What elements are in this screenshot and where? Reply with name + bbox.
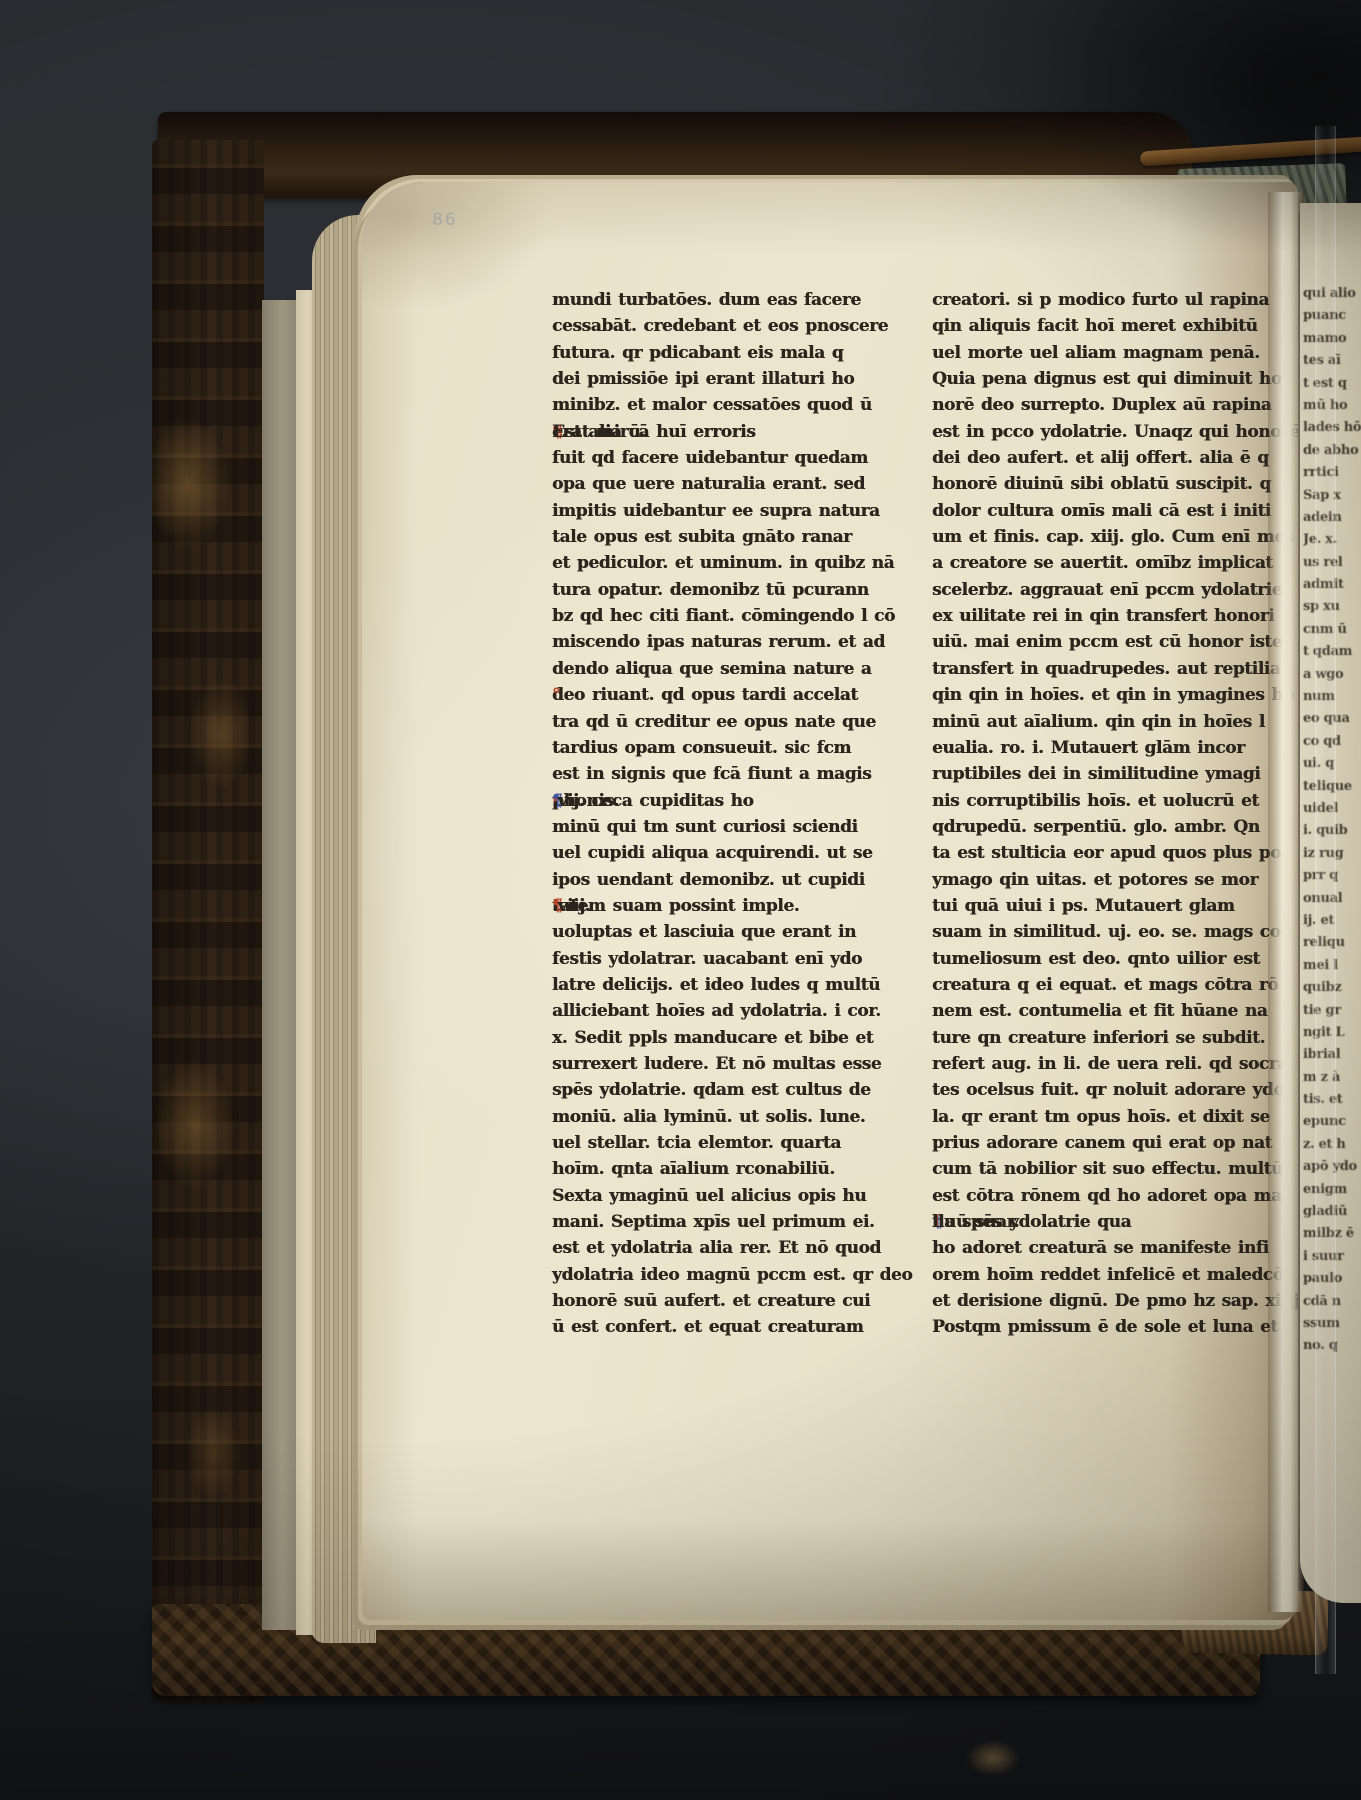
manuscript-text-line: impitis uidebantur ee supra natura	[552, 498, 902, 524]
manuscript-text-line: honorē diuinū sibi oblatū suscipit. q	[932, 471, 1282, 497]
manuscript-text-line: surrexert ludere. Et nō multas esse	[552, 1051, 902, 1077]
manuscript-text-line	[1264, 708, 1298, 730]
manuscript-text-line: tui quā uiui i ps. Mutauert glam	[932, 893, 1282, 919]
manuscript-text-line: ydolatria ideo magnū pccm est. qr deo	[552, 1262, 902, 1288]
manuscript-text-line: fuit qd facere uidebantur quedam	[552, 445, 902, 471]
manuscript-text-line: hoīm. qnta aīalium rconabiliū.	[552, 1156, 902, 1182]
text-column-left: mundi turbatōes. dum eas facerecessabāt.…	[552, 287, 902, 1341]
manuscript-text-line: lod	[1264, 417, 1298, 439]
manuscript-text-line: moniū. alia lyminū. ut solis. lune.	[552, 1104, 902, 1130]
manuscript-text-line	[1264, 485, 1298, 507]
manuscript-text-line: cof	[1264, 574, 1298, 596]
manuscript-text-line: mani. Septima xpīs uel primum ei.	[552, 1209, 902, 1235]
manuscript-text-line	[1264, 1291, 1298, 1313]
manuscript-text-line: phonis. ¶·.vij. ceca cupiditas ho	[552, 788, 902, 814]
photograph-background: 86 mundi turbatōes. dum eas facerecessab…	[0, 0, 1361, 1800]
manuscript-text-line: Sexta ymaginū uel alicius opis hu	[552, 1183, 902, 1209]
manuscript-text-line: eualia. ro. i. Mutauert glām incor	[932, 735, 1282, 761]
manuscript-text-line: est in pcco ydolatrie. Unaqz qui honorē	[932, 419, 1282, 445]
manuscript-text-line: dei deo aufert. et alij offert. alia ē q	[932, 445, 1282, 471]
manuscript-text-line	[1264, 955, 1298, 977]
manuscript-text-line	[1264, 731, 1298, 753]
manuscript-text-line	[1264, 1335, 1298, 1357]
manuscript-text-line: uiū. mai enim pccm est cū honor iste	[932, 629, 1282, 655]
manuscript-text-line: ruptibiles dei in similitudine ymagi	[932, 761, 1282, 787]
manuscript-text-line: nuū suar. ¶Illa spēs ydolatrie qua	[932, 1209, 1282, 1235]
manuscript-text-line: minū qui tm sunt curiosi sciendi	[552, 814, 902, 840]
manuscript-text-line: cum tā nobilior sit suo effectu. multū	[932, 1156, 1282, 1182]
manuscript-text-line: tt	[1264, 641, 1298, 663]
manuscript-text-line	[1264, 1223, 1298, 1245]
manuscript-text-line	[1264, 932, 1298, 954]
manuscript-text-line: tumeliosum est deo. qnto uilior est	[932, 946, 1282, 972]
manuscript-text-line: tes ocelsus fuit. qr noluit adorare ydo	[932, 1077, 1282, 1103]
manuscript-text-line: nem est. contumelia et fit hūane na	[932, 998, 1282, 1024]
manuscript-text-line: nw	[1264, 507, 1298, 529]
manuscript-text-line: futura. qr pdicabant eis mala q	[552, 340, 902, 366]
manuscript-text-line: ad	[1264, 283, 1298, 305]
manuscript-text-line: dolor cultura omīs mali cā est i initi	[932, 498, 1282, 524]
manuscript-text-line: tm	[1264, 529, 1298, 551]
manuscript-text-line	[1264, 820, 1298, 842]
manuscript-text-line: spēs ydolatrie. qdam est cultus de	[552, 1077, 902, 1103]
manuscript-text-line: est et ydolatria alia rer. Et nō quod	[552, 1235, 902, 1261]
parchment-stain	[966, 1740, 1020, 1776]
manuscript-text-line: mundi turbatōes. dum eas facere	[552, 287, 902, 313]
manuscript-text-line: et pediculor. et uminum. in quibz nā	[552, 550, 902, 576]
manuscript-text-line: festis ydolatrar. uacabant enī ydo	[552, 946, 902, 972]
manuscript-text-line: creatura q ei equat. et mags cōtra rō	[932, 972, 1282, 998]
manuscript-text-line: qin qin in hoīes. et qin in ymagines ho	[932, 682, 1282, 708]
manuscript-text-line: ex uilitate rei in qin transfert honori	[932, 603, 1282, 629]
manuscript-text-line: nis corruptibilis hoīs. et uolucrū et	[932, 788, 1282, 814]
manuscript-text-line: tra qd ū creditur ee opus nate que	[552, 709, 902, 735]
manuscript-text-line: alliciebant hoīes ad ydolatria. i cor.	[552, 998, 902, 1024]
manuscript-text-line: ez	[1264, 596, 1298, 618]
manuscript-text-line: a creatore se auertit. omībz implicat	[932, 550, 1282, 576]
text-column-right: creatori. si p modico furto ul rapinaqin…	[932, 287, 1282, 1341]
manuscript-text-line	[1264, 798, 1298, 820]
manuscript-text-line: dd	[1264, 305, 1298, 327]
folio-number: 86	[432, 210, 492, 236]
manuscript-text-line: ū est confert. et equat creaturam	[552, 1314, 902, 1340]
endleaf-gray-strip	[262, 300, 298, 1630]
manuscript-text-line: uel cupidi aliqua acquirendi. ut se	[552, 840, 902, 866]
manuscript-text-line: scelerbz. aggrauat enī pccm ydolatrie	[932, 577, 1282, 603]
manuscript-text-line: norē deo surrepto. Duplex aū rapina	[932, 392, 1282, 418]
manuscript-text-line: w	[1264, 910, 1298, 932]
manuscript-text-line: minibz. et malor cessatōes quod ū	[552, 392, 902, 418]
manuscript-text-line: la. qr erant tm opus hoīs. et dixit se	[932, 1104, 1282, 1130]
transparent-book-strap	[1315, 126, 1336, 1674]
manuscript-text-line: suam in similitud. uj. eo. se. mags con	[932, 919, 1282, 945]
manuscript-text-line: az	[1264, 552, 1298, 574]
manuscript-text-line: dendo aliqua que semina nature a	[552, 656, 902, 682]
manuscript-text-line: qin aliquis facit hoī meret exhibitū	[932, 313, 1282, 339]
manuscript-text-line	[1264, 686, 1298, 708]
manuscript-text-line: uoluptas et lasciuia que erant in	[552, 919, 902, 945]
manuscript-text-line: um et finis. cap. xiij. glo. Cum enī mes	[932, 524, 1282, 550]
manuscript-text-line	[1264, 1156, 1298, 1178]
manuscript-text-line	[1264, 1000, 1298, 1022]
manuscript-text-line: qdrupedū. serpentiū. glo. ambr. Qn	[932, 814, 1282, 840]
manuscript-text-line	[1264, 1044, 1298, 1066]
manuscript-text-line: x. Sedit ppls manducare et bibe et	[552, 1025, 902, 1051]
manuscript-text-line: cessabāt. credebant et eos pnoscere	[552, 313, 902, 339]
manuscript-text-line	[1264, 843, 1298, 865]
manuscript-text-line: opa que uere naturalia erant. sed	[552, 471, 902, 497]
manuscript-text-line	[1264, 1134, 1298, 1156]
manuscript-text-line: est in signis que fcā fiunt a magis	[552, 761, 902, 787]
manuscript-text-line: dei pmissiōe ipi erant illaturi ho	[552, 366, 902, 392]
manuscript-text-line: tura opatur. demonibz tū pcurann	[552, 577, 902, 603]
manuscript-text-line: et derisione dignū. De pmo hz sap. xiiij…	[932, 1288, 1282, 1314]
manuscript-text-line: q	[1264, 462, 1298, 484]
manuscript-text-line	[1264, 1022, 1298, 1044]
manuscript-text-line	[1264, 440, 1298, 462]
manuscript-text-line: uel morte uel aliam magnam penā.	[932, 340, 1282, 366]
manuscript-text-line	[1264, 1201, 1298, 1223]
manuscript-text-line: ipos uendant demonibz. ut cupidi	[552, 867, 902, 893]
leather-cover-left-board	[152, 140, 264, 1702]
manuscript-text-line	[1264, 1111, 1298, 1133]
manuscript-text-line: prius adorare canem qui erat op nat	[932, 1130, 1282, 1156]
manuscript-text-line: erat mirū. ¶Est alia cā huī erroris	[552, 419, 902, 445]
manuscript-text-line	[1264, 1268, 1298, 1290]
manuscript-text-line: est cōtra rōnem qd ho adoret opa ma	[932, 1183, 1282, 1209]
manuscript-text-line: Postqm pmissum ē de sole et luna et	[932, 1314, 1282, 1340]
manuscript-text-line: m	[1264, 1067, 1298, 1089]
manuscript-text-line: uel stellar. tcia elemtor. quarta	[552, 1130, 902, 1156]
manuscript-text-line: tardius opam consueuit. sic fcm	[552, 735, 902, 761]
manuscript-text-line: orem hoīm reddet infelicē et maledcōi	[932, 1262, 1282, 1288]
manuscript-text-line	[1264, 888, 1298, 910]
manuscript-text-line: bz qd hec citi fiant. cōmingendo l cō	[552, 603, 902, 629]
manuscript-text-line: n	[1264, 395, 1298, 417]
manuscript-text-line: ymago qin uitas. et potores se mor	[932, 867, 1282, 893]
manuscript-text-line	[1264, 1246, 1298, 1268]
manuscript-text-line	[1264, 776, 1298, 798]
manuscript-text-line: cm	[1264, 350, 1298, 372]
manuscript-text-line: ho adoret creaturā se manifeste infi	[932, 1235, 1282, 1261]
manuscript-text-line: nv	[1264, 664, 1298, 686]
manuscript-text-line: latre delicijs. et ideo ludes q multū	[552, 972, 902, 998]
manuscript-text-line: 13	[1264, 865, 1298, 887]
manuscript-text-line: ta est stulticia eor apud quos plus pot	[932, 840, 1282, 866]
manuscript-text-line: tatem suam possint imple. ¶.viij.	[552, 893, 902, 919]
manuscript-text-line: ture qn creature inferiori se subdit.	[932, 1025, 1282, 1051]
manuscript-text-line: miscendo ipas naturas rerum. et ad	[552, 629, 902, 655]
manuscript-text-line	[1264, 977, 1298, 999]
manuscript-text-line: deo riuant. qd opus tardi accelat°	[552, 682, 902, 708]
manuscript-text-line	[1264, 1089, 1298, 1111]
manuscript-text-line	[1264, 1313, 1298, 1335]
fold-edge-marks-column: adddailcmUnnlodqnwtmazcofezcnttnv13wm	[1264, 283, 1298, 1393]
manuscript-text-line: Un	[1264, 373, 1298, 395]
manuscript-text-line: tale opus est subita gnāto ranar	[552, 524, 902, 550]
manuscript-text-line: minū aut aīalium. qin qin in hoīes l	[932, 709, 1282, 735]
manuscript-text-line: honorē suū aufert. et creature cui	[552, 1288, 902, 1314]
manuscript-text-line	[1264, 1179, 1298, 1201]
manuscript-text-line	[1264, 753, 1298, 775]
manuscript-text-line: refert aug. in li. de uera reli. qd socr…	[932, 1051, 1282, 1077]
manuscript-text-line: cn	[1264, 619, 1298, 641]
manuscript-text-line: creatori. si p modico furto ul rapina	[932, 287, 1282, 313]
manuscript-text-line: transfert in quadrupedes. aut reptilia	[932, 656, 1282, 682]
manuscript-text-line: Quia pena dignus est qui diminuit ho	[932, 366, 1282, 392]
manuscript-text-line: ail	[1264, 328, 1298, 350]
